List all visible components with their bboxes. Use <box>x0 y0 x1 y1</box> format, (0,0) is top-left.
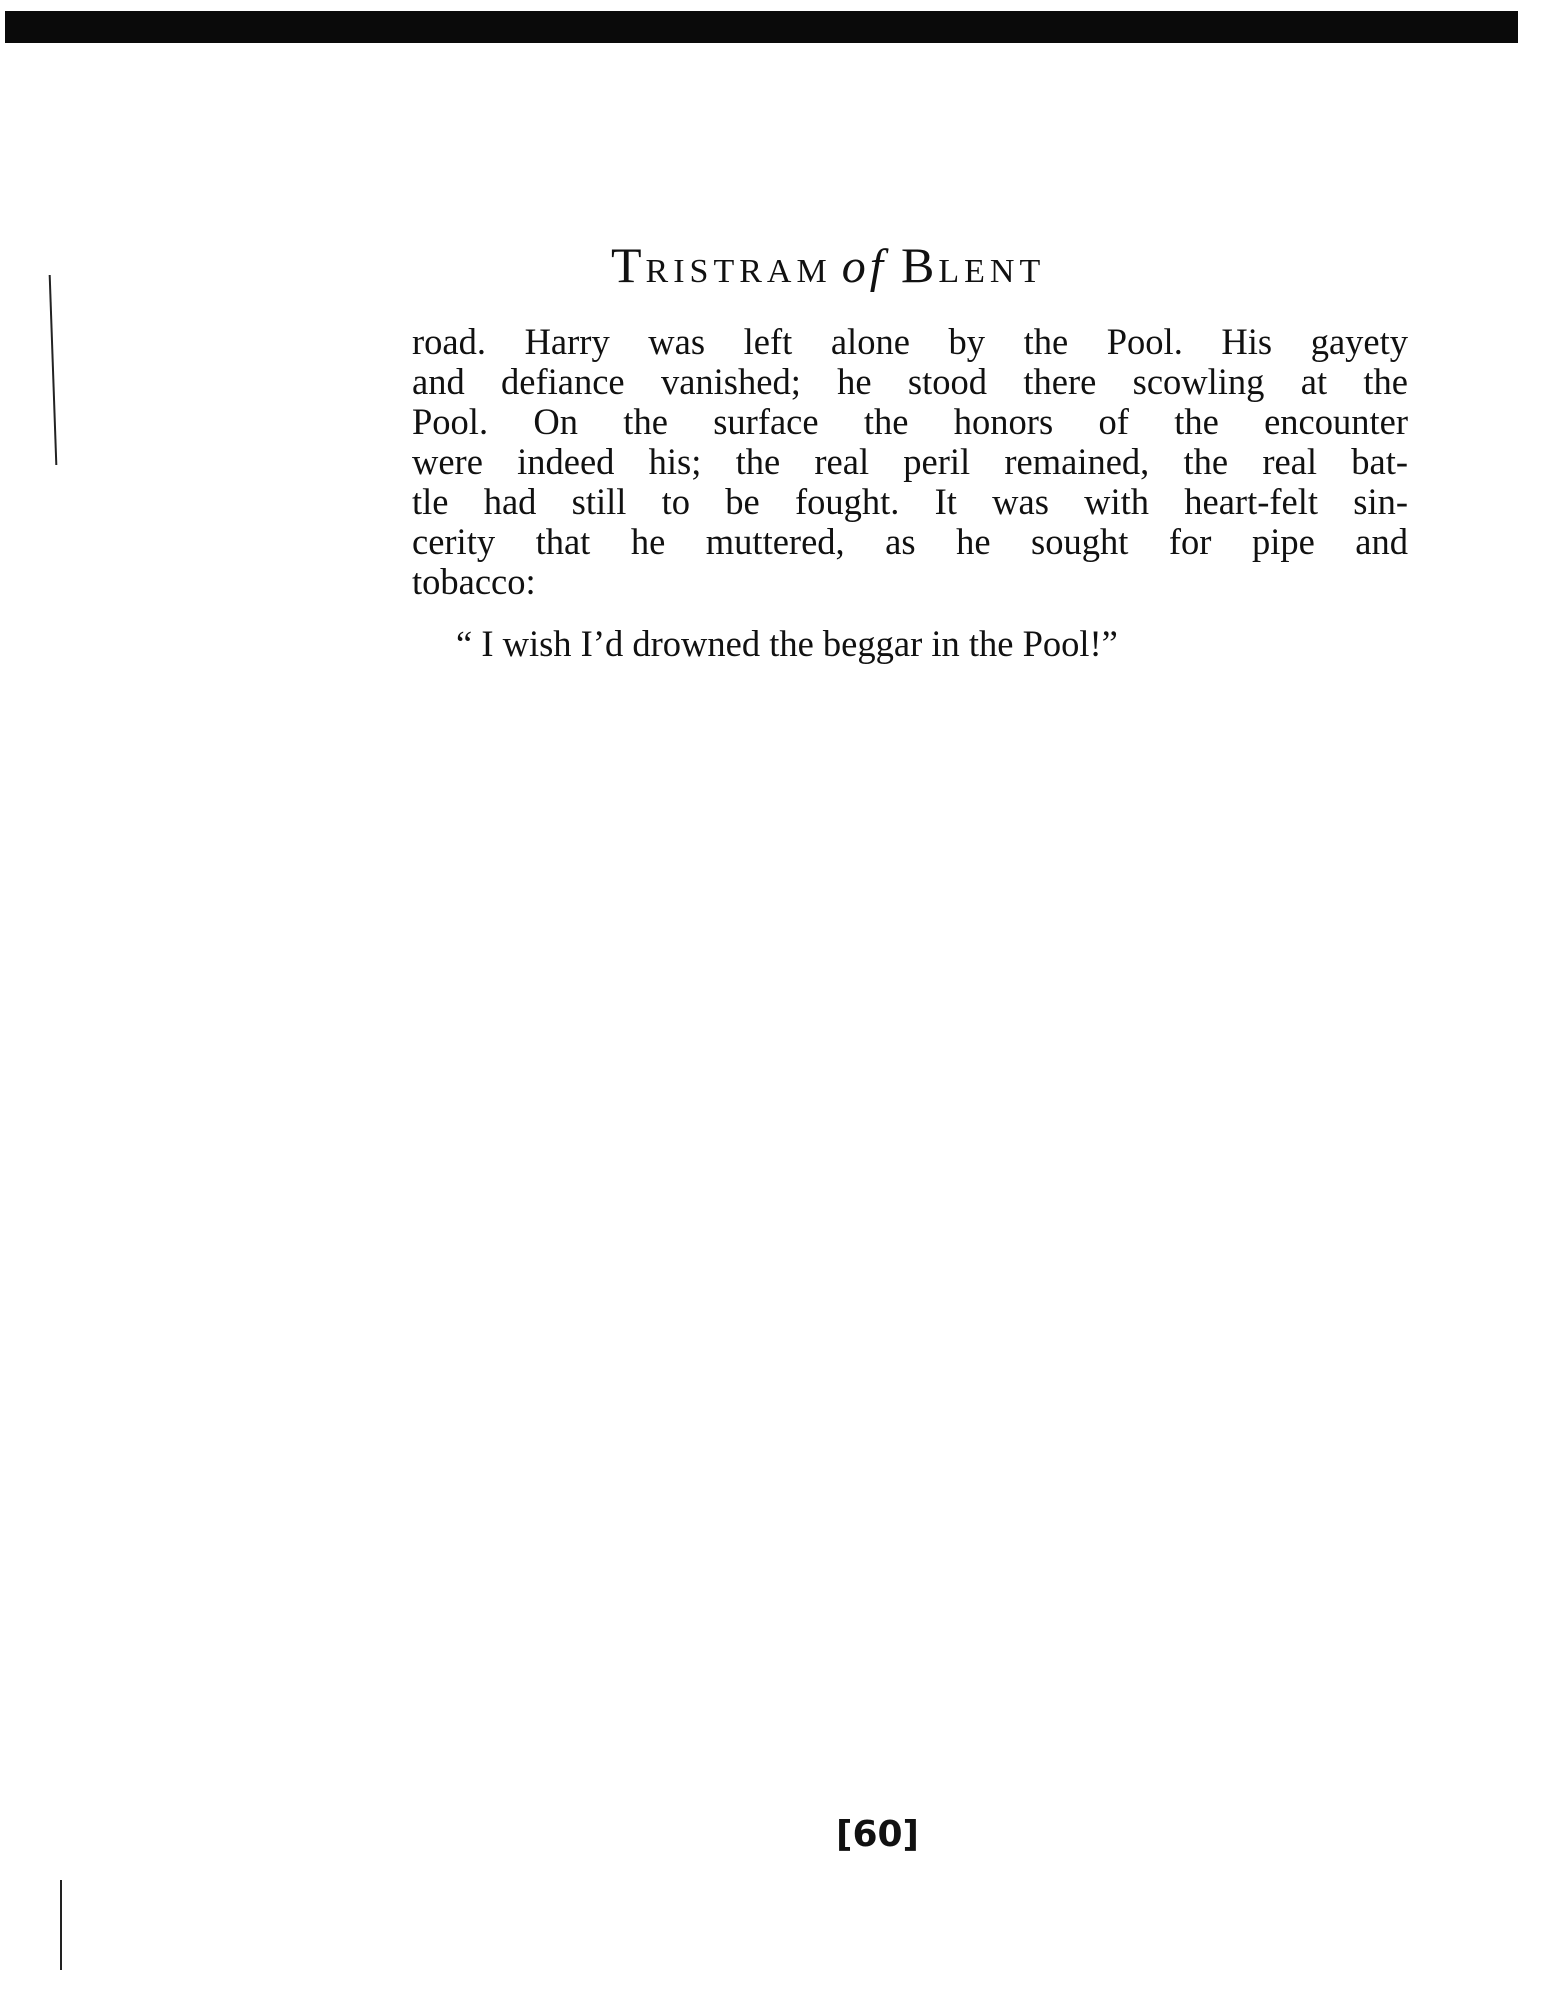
title-of: of <box>842 240 887 293</box>
text-line: tle had still to be fought. It was with … <box>412 482 1408 522</box>
title-initial-b: B <box>901 237 938 293</box>
running-header-title: TRISTRAMofBLENT <box>611 236 1251 294</box>
title-word-tristram: RISTRAM <box>646 253 832 290</box>
scan-margin-mark <box>49 275 61 465</box>
text-line: tobacco: <box>412 562 1408 602</box>
text-line: were indeed his; the real peril remained… <box>412 442 1408 482</box>
scan-margin-mark-bottom <box>60 1880 62 1970</box>
body-paragraph: road. Harry was left alone by the Pool. … <box>412 322 1408 602</box>
text-line: cerity that he muttered, as he sought fo… <box>412 522 1408 562</box>
page-number: [60] <box>836 1814 919 1855</box>
scan-top-border <box>5 11 1518 43</box>
quoted-speech: “ I wish I’d drowned the beggar in the P… <box>456 622 1118 665</box>
text-line: road. Harry was left alone by the Pool. … <box>412 322 1408 362</box>
text-line: Pool. On the surface the honors of the e… <box>412 402 1408 442</box>
title-initial: T <box>611 237 646 293</box>
text-line: and defiance vanished; he stood there sc… <box>412 362 1408 402</box>
title-word-blent: LENT <box>938 253 1045 290</box>
